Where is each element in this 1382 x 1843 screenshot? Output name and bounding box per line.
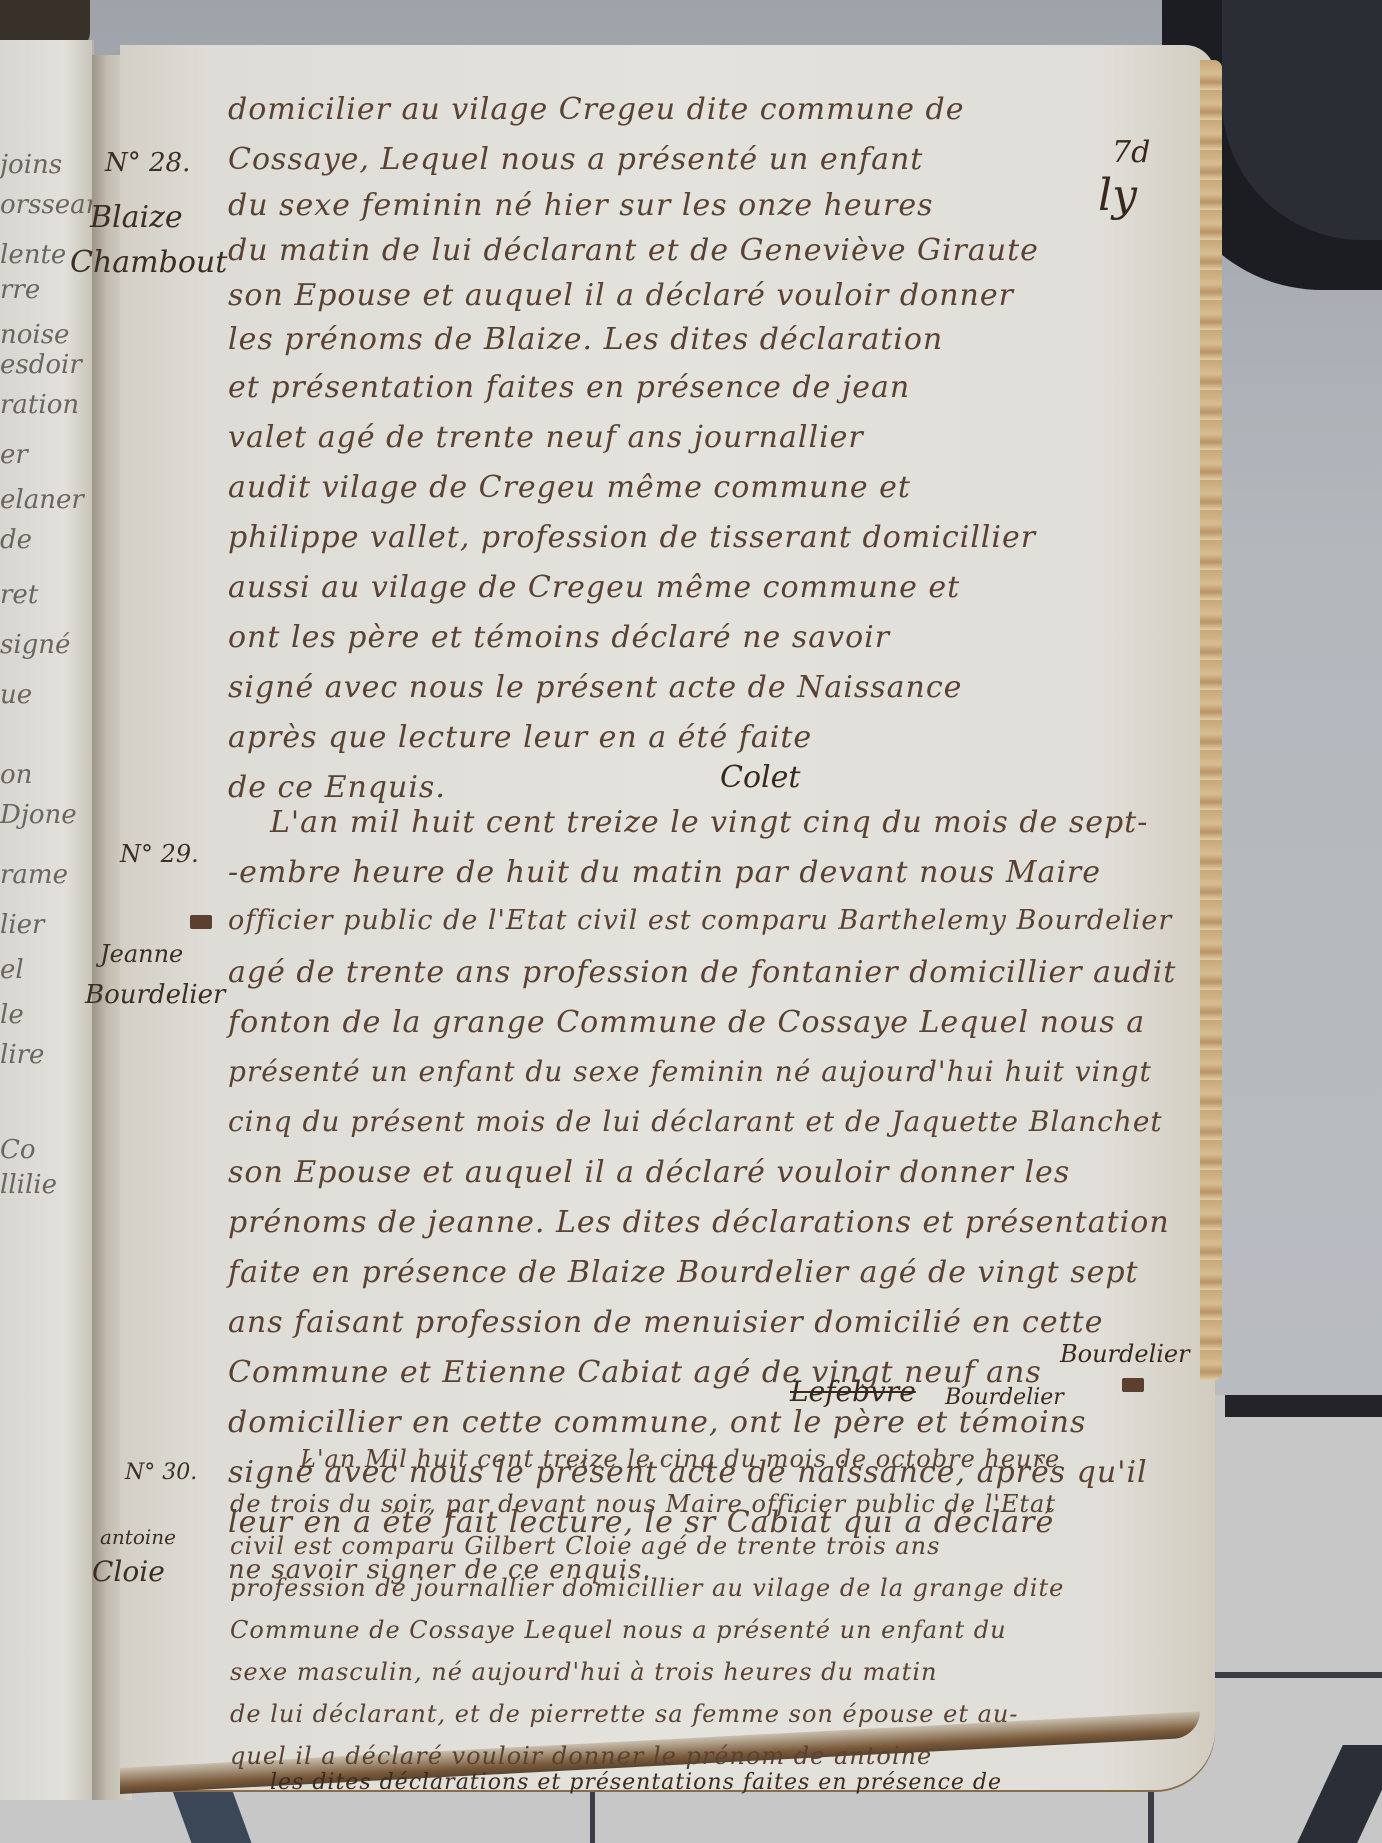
left-page-text: er [0, 440, 28, 470]
entry-number: N° 30. [125, 1460, 197, 1485]
text-line: profession de journallier domicillier au… [230, 1574, 1064, 1602]
text-line: son Epouse et auquel il a déclaré vouloi… [228, 278, 1014, 313]
signature: Colet [720, 760, 800, 795]
text-line: prénoms de jeanne. Les dites déclaration… [228, 1205, 1170, 1240]
text-line: ans faisant profession de menuisier domi… [228, 1305, 1103, 1340]
left-page-text: lente [0, 240, 66, 270]
text-line: du matin de lui déclarant et de Genevièv… [228, 233, 1039, 268]
left-page-text: esdoir [0, 350, 82, 380]
left-page-text: el [0, 955, 24, 985]
text-line: domicillier en cette commune, ont le pèr… [228, 1405, 1086, 1440]
left-page-text: signé [0, 630, 70, 660]
text-line: du sexe feminin né hier sur les onze heu… [228, 188, 934, 223]
left-page-text: lire [0, 1040, 44, 1070]
left-page-text: rre [0, 275, 40, 305]
text-line: fonton de la grange Commune de Cossaye L… [228, 1005, 1145, 1040]
entry-given-name: Blaize [90, 200, 183, 235]
entry-number: N° 29. [120, 840, 199, 868]
text-line: de lui déclarant, et de pierrette sa fem… [230, 1700, 1018, 1728]
text-line: les dites déclarations et présentations … [270, 1770, 1002, 1795]
text-line: civil est comparu Gilbert Cloie agé de t… [230, 1532, 940, 1560]
left-page: joins orssear lente rre noise esdoir rat… [0, 40, 94, 1800]
left-page-text: de [0, 525, 32, 555]
text-line: de trois du soir, par devant nous Maire … [230, 1490, 1056, 1518]
text-line: ont les père et témoins déclaré ne savoi… [228, 620, 890, 655]
text-line: les prénoms de Blaize. Les dites déclara… [228, 322, 943, 357]
text-line: quel il a déclaré vouloir donner le prén… [230, 1742, 932, 1770]
left-page-text: ue [0, 680, 32, 710]
left-page-text: Co [0, 1135, 36, 1165]
signature: Bourdelier [945, 1385, 1064, 1410]
text-line: Commune de Cossaye Lequel nous a présent… [230, 1616, 1007, 1644]
text-line: signé avec nous le présent acte de Naiss… [228, 670, 962, 705]
text-line: philippe vallet, profession de tisserant… [228, 520, 1036, 555]
text-line: -embre heure de huit du matin par devant… [228, 855, 1101, 890]
text-line: son Epouse et auquel il a déclaré vouloi… [228, 1155, 1070, 1190]
text-line: L'an Mil huit cent treize le cinq du moi… [300, 1445, 1060, 1473]
text-line: Cossaye, Lequel nous a présenté un enfan… [228, 142, 923, 177]
text-line: après que lecture leur en a été faite [228, 720, 812, 755]
text-line: faite en présence de Blaize Bourdelier a… [228, 1255, 1139, 1290]
text-line: valet agé de trente neuf ans journallier [228, 420, 864, 455]
entry-given-name: antoine [100, 1525, 176, 1549]
text-line: officier public de l'Etat civil est comp… [228, 905, 1172, 936]
left-page-text: Djone [0, 800, 77, 830]
entry-surname: Bourdelier [85, 980, 225, 1010]
left-page-text: ration [0, 390, 79, 420]
left-page-text: llilie [0, 1170, 57, 1200]
text-line: et présentation faites en présence de je… [228, 370, 910, 405]
text-line: L'an mil huit cent treize le vingt cinq … [270, 805, 1148, 840]
entry-surname: Cloie [92, 1555, 165, 1588]
page-number: 7d [1112, 135, 1150, 170]
entry-surname: Chambout [70, 245, 227, 280]
left-page-text: joins [0, 150, 62, 180]
page-edge [1200, 60, 1222, 1380]
left-page-text: noise [0, 320, 69, 350]
signature: Bourdelier [1060, 1340, 1190, 1368]
left-page-text: rame [0, 860, 68, 890]
left-page-text: on [0, 760, 32, 790]
left-page-text: elaner [0, 485, 84, 515]
text-line: cinq du présent mois de lui déclarant et… [228, 1105, 1163, 1138]
ink-stain [190, 915, 212, 929]
ink-stain [1122, 1378, 1144, 1392]
text-line: domicilier au vilage Cregeu dite commune… [228, 92, 964, 127]
left-page-text: ret [0, 580, 38, 610]
left-page-text: le [0, 1000, 24, 1030]
background-chair-inner [1222, 0, 1382, 240]
text-line: aussi au vilage de Cregeu même commune e… [228, 570, 960, 605]
text-line: présenté un enfant du sexe feminin né au… [228, 1055, 1152, 1088]
entry-given-name: Jeanne [100, 940, 183, 968]
left-page-text: lier [0, 910, 44, 940]
entry-number: N° 28. [105, 148, 190, 178]
text-line: Commune et Etienne Cabiat agé de vingt n… [228, 1355, 1042, 1390]
background-bar [1225, 1395, 1382, 1417]
left-page-text: orssear [0, 190, 94, 220]
text-line: agé de trente ans profession de fontanie… [228, 955, 1176, 990]
text-line: audit vilage de Cregeu même commune et [228, 470, 911, 505]
signature: Lefebvre [790, 1375, 916, 1408]
text-line: sexe masculin, né aujourd'hui à trois he… [230, 1658, 937, 1686]
folio-mark: ly [1098, 170, 1137, 221]
